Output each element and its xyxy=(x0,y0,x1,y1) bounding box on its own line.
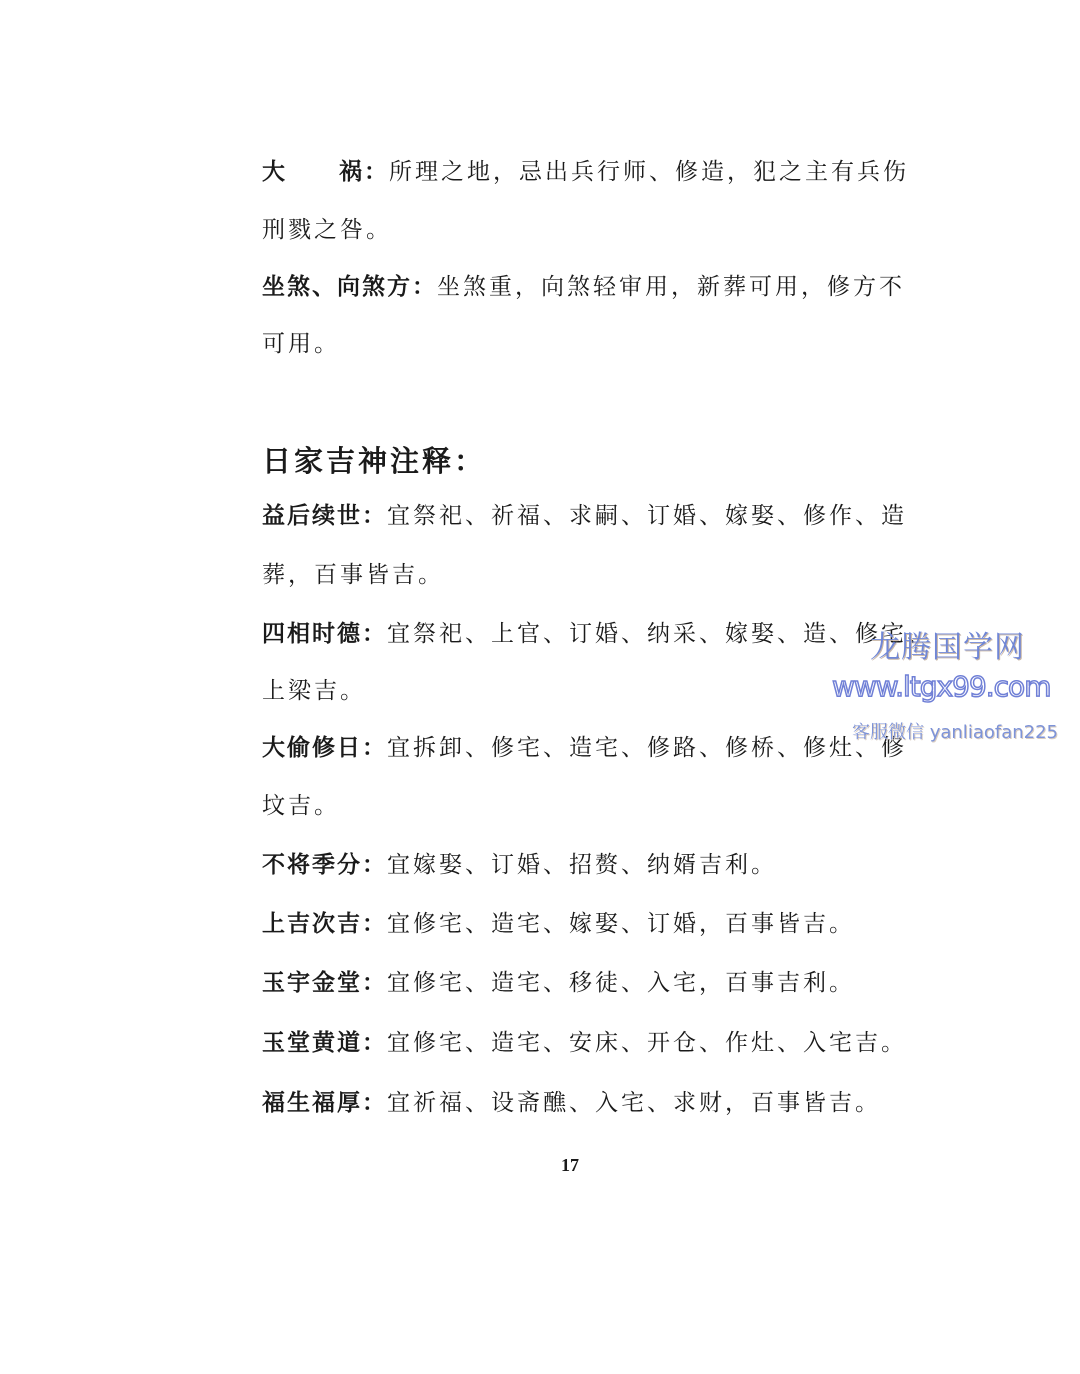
entry-zuo-sha-continued: 可用。 xyxy=(262,329,340,359)
entry-text: 宜祈福、设斋醮、入宅、求财，百事皆吉。 xyxy=(387,1090,881,1116)
entry-text: 宜修宅、造宅、安床、开仓、作灶、入宅吉。 xyxy=(387,1030,907,1056)
entry-term: 大 xyxy=(262,158,287,185)
entry-si-xiang: 四相时德：宜祭祀、上官、订婚、纳采、嫁娶、造、修宅、 xyxy=(262,619,933,649)
entry-text: 宜祭祀、上官、订婚、纳采、嫁娶、造、修宅、 xyxy=(387,621,933,647)
entry-term: 祸： xyxy=(339,158,389,185)
document-page: 大祸：所理之地，忌出兵行师、修造，犯之主有兵伤 刑戮之咎。 坐煞、向煞方：坐煞重… xyxy=(0,0,1080,1374)
entry-text: 宜祭祀、祈福、求嗣、订婚、嫁娶、修作、造 xyxy=(387,503,907,529)
entry-yi-hou: 益后续世：宜祭祀、祈福、求嗣、订婚、嫁娶、修作、造 xyxy=(262,501,907,531)
entry-zuo-sha: 坐煞、向煞方：坐煞重，向煞轻审用，新葬可用，修方不 xyxy=(262,272,905,302)
entry-term: 益后续世： xyxy=(262,502,387,529)
entry-text: 宜嫁娶、订婚、招赘、纳婿吉利。 xyxy=(387,852,777,878)
watermark-url: www.ltgx99.com xyxy=(832,670,1050,703)
entry-term: 四相时德： xyxy=(262,620,387,647)
page-number: 17 xyxy=(561,1155,579,1176)
entry-fu-sheng: 福生福厚：宜祈福、设斋醮、入宅、求财，百事皆吉。 xyxy=(262,1088,881,1118)
watermark-contact: 客服微信 yanliaofan225 xyxy=(852,718,1058,744)
entry-term: 大偷修日： xyxy=(262,734,387,761)
entry-text: 坐煞重，向煞轻审用，新葬可用，修方不 xyxy=(437,274,905,300)
entry-yu-yu: 玉宇金堂：宜修宅、造宅、移徒、入宅，百事吉利。 xyxy=(262,968,855,998)
entry-term: 上吉次吉： xyxy=(262,910,387,937)
entry-term: 坐煞、向煞方： xyxy=(262,273,437,300)
entry-da-tou-continued: 坟吉。 xyxy=(262,791,340,821)
entry-da-huo-continued: 刑戮之咎。 xyxy=(262,215,392,245)
entry-yu-tang: 玉堂黄道：宜修宅、造宅、安床、开仓、作灶、入宅吉。 xyxy=(262,1028,907,1058)
watermark-title: 龙腾国学网 xyxy=(870,622,1025,666)
entry-text: 宜修宅、造宅、移徒、入宅，百事吉利。 xyxy=(387,970,855,996)
entry-text: 宜拆卸、修宅、造宅、修路、修桥、修灶、修 xyxy=(387,735,907,761)
entry-bu-jiang: 不将季分：宜嫁娶、订婚、招赘、纳婿吉利。 xyxy=(262,850,777,880)
section-heading: 日家吉神注释： xyxy=(262,443,486,479)
entry-yi-hou-continued: 葬，百事皆吉。 xyxy=(262,560,444,590)
entry-da-huo: 大祸：所理之地，忌出兵行师、修造，犯之主有兵伤 xyxy=(262,157,909,187)
entry-shang-ji: 上吉次吉：宜修宅、造宅、嫁娶、订婚，百事皆吉。 xyxy=(262,909,855,939)
entry-term: 玉堂黄道： xyxy=(262,1029,387,1056)
entry-si-xiang-continued: 上梁吉。 xyxy=(262,676,366,706)
entry-term: 福生福厚： xyxy=(262,1089,387,1116)
entry-text: 宜修宅、造宅、嫁娶、订婚，百事皆吉。 xyxy=(387,911,855,937)
entry-text: 所理之地，忌出兵行师、修造，犯之主有兵伤 xyxy=(389,159,909,185)
entry-term: 不将季分： xyxy=(262,851,387,878)
entry-term: 玉宇金堂： xyxy=(262,969,387,996)
entry-da-tou: 大偷修日：宜拆卸、修宅、造宅、修路、修桥、修灶、修 xyxy=(262,733,907,763)
